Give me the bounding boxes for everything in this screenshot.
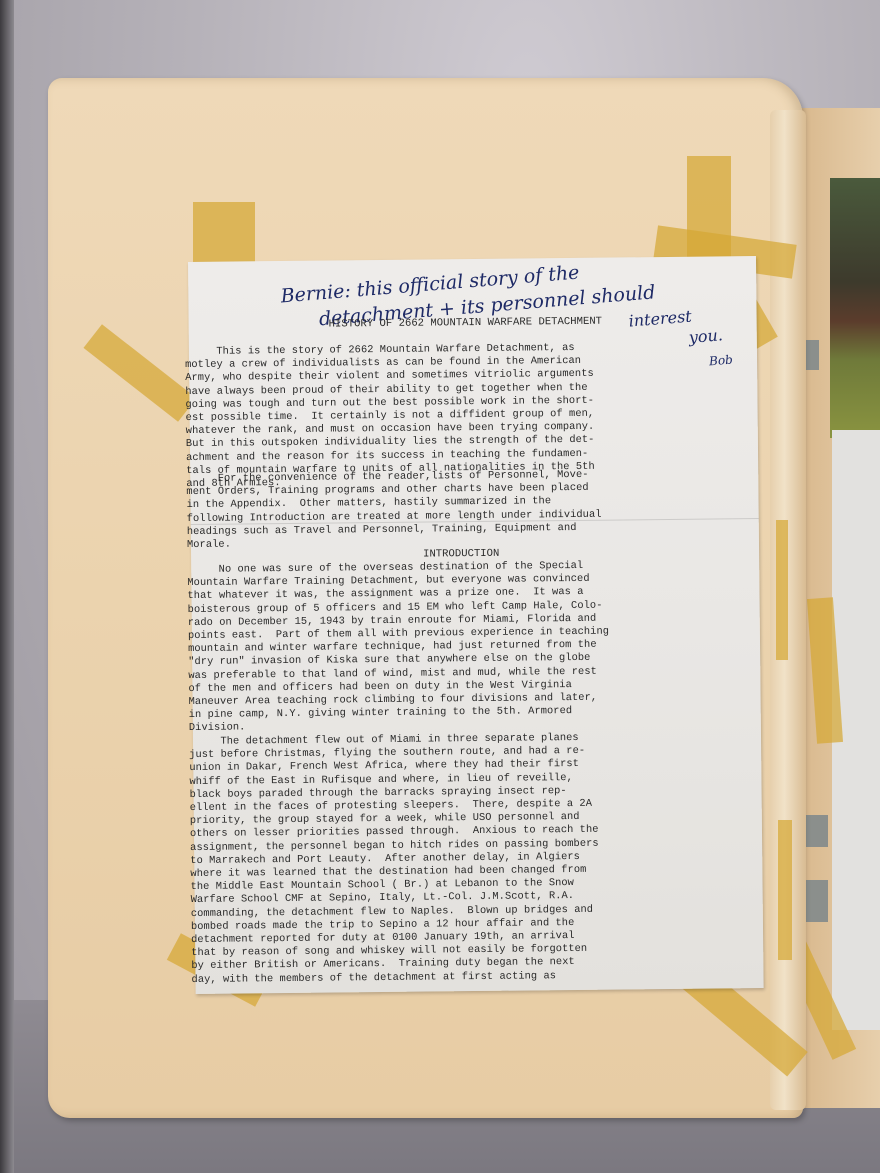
- tape-strip: [776, 520, 788, 660]
- introduction-heading: INTRODUCTION: [423, 548, 499, 561]
- tape-strip: [778, 820, 792, 960]
- table-edge: [0, 0, 14, 1173]
- document-title: HISTORY OF 2662 MOUNTAIN WARFARE DETACHM…: [329, 316, 602, 331]
- gray-tab: [806, 880, 828, 922]
- paragraph-2: For the convenience of the reader,lists …: [186, 469, 617, 553]
- landscape-photo: [830, 178, 880, 438]
- gray-tab: [806, 815, 828, 847]
- handwritten-signature: Bob: [709, 352, 734, 368]
- introduction-paragraph-2: The detachment flew out of Miami in thre…: [189, 732, 622, 987]
- typed-document: Bernie: this official story of the detac…: [188, 256, 764, 994]
- introduction-paragraph-1: No one was sure of the overseas destinat…: [187, 560, 619, 736]
- handwritten-note-line4: you.: [688, 325, 723, 347]
- handwritten-note-line3: interest: [628, 307, 692, 331]
